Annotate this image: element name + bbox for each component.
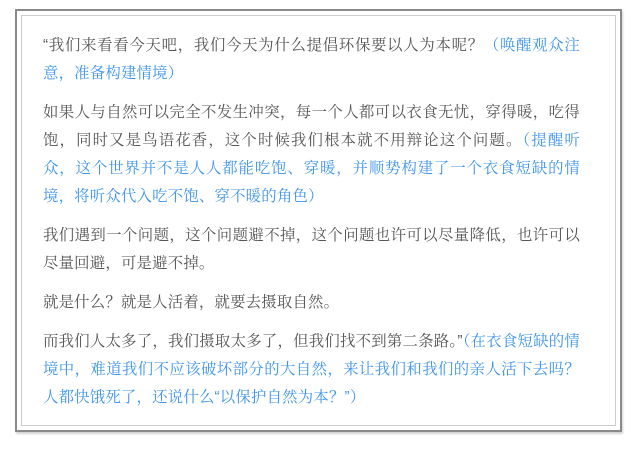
speech-text: 如果人与自然可以完全不发生冲突，每一个人都可以衣食无忧，穿得暖，吃得饱，同时又是… — [43, 104, 580, 149]
quote-box: “我们来看看今天吧，我们今天为什么提倡环保要以人为本呢？（唤醒观众注意，准备构建… — [21, 15, 616, 426]
screenshot-frame: “我们来看看今天吧，我们今天为什么提倡环保要以人为本呢？（唤醒观众注意，准备构建… — [15, 9, 622, 432]
speech-text: “我们来看看今天吧，我们今天为什么提倡环保要以人为本呢？ — [43, 37, 484, 54]
speech-text: 我们遇到一个问题，这个问题避不掉，这个问题也许可以尽量降低，也许可以尽量回避，可… — [43, 227, 580, 272]
speech-text: 就是什么？就是人活着，就要去摄取自然。 — [43, 294, 339, 311]
paragraph-2: 如果人与自然可以完全不发生冲突，每一个人都可以衣食无忧，穿得暖，吃得饱，同时又是… — [43, 99, 580, 211]
paragraph-3: 我们遇到一个问题，这个问题避不掉，这个问题也许可以尽量降低，也许可以尽量回避，可… — [43, 222, 580, 278]
paragraph-1: “我们来看看今天吧，我们今天为什么提倡环保要以人为本呢？（唤醒观众注意，准备构建… — [43, 32, 580, 88]
speech-text: 而我们人太多了，我们摄取太多了，但我们找不到第二条路。” — [43, 333, 463, 350]
paragraph-4: 就是什么？就是人活着，就要去摄取自然。 — [43, 289, 580, 317]
paragraph-5: 而我们人太多了，我们摄取太多了，但我们找不到第二条路。”（在衣食短缺的情境中，难… — [43, 328, 580, 412]
